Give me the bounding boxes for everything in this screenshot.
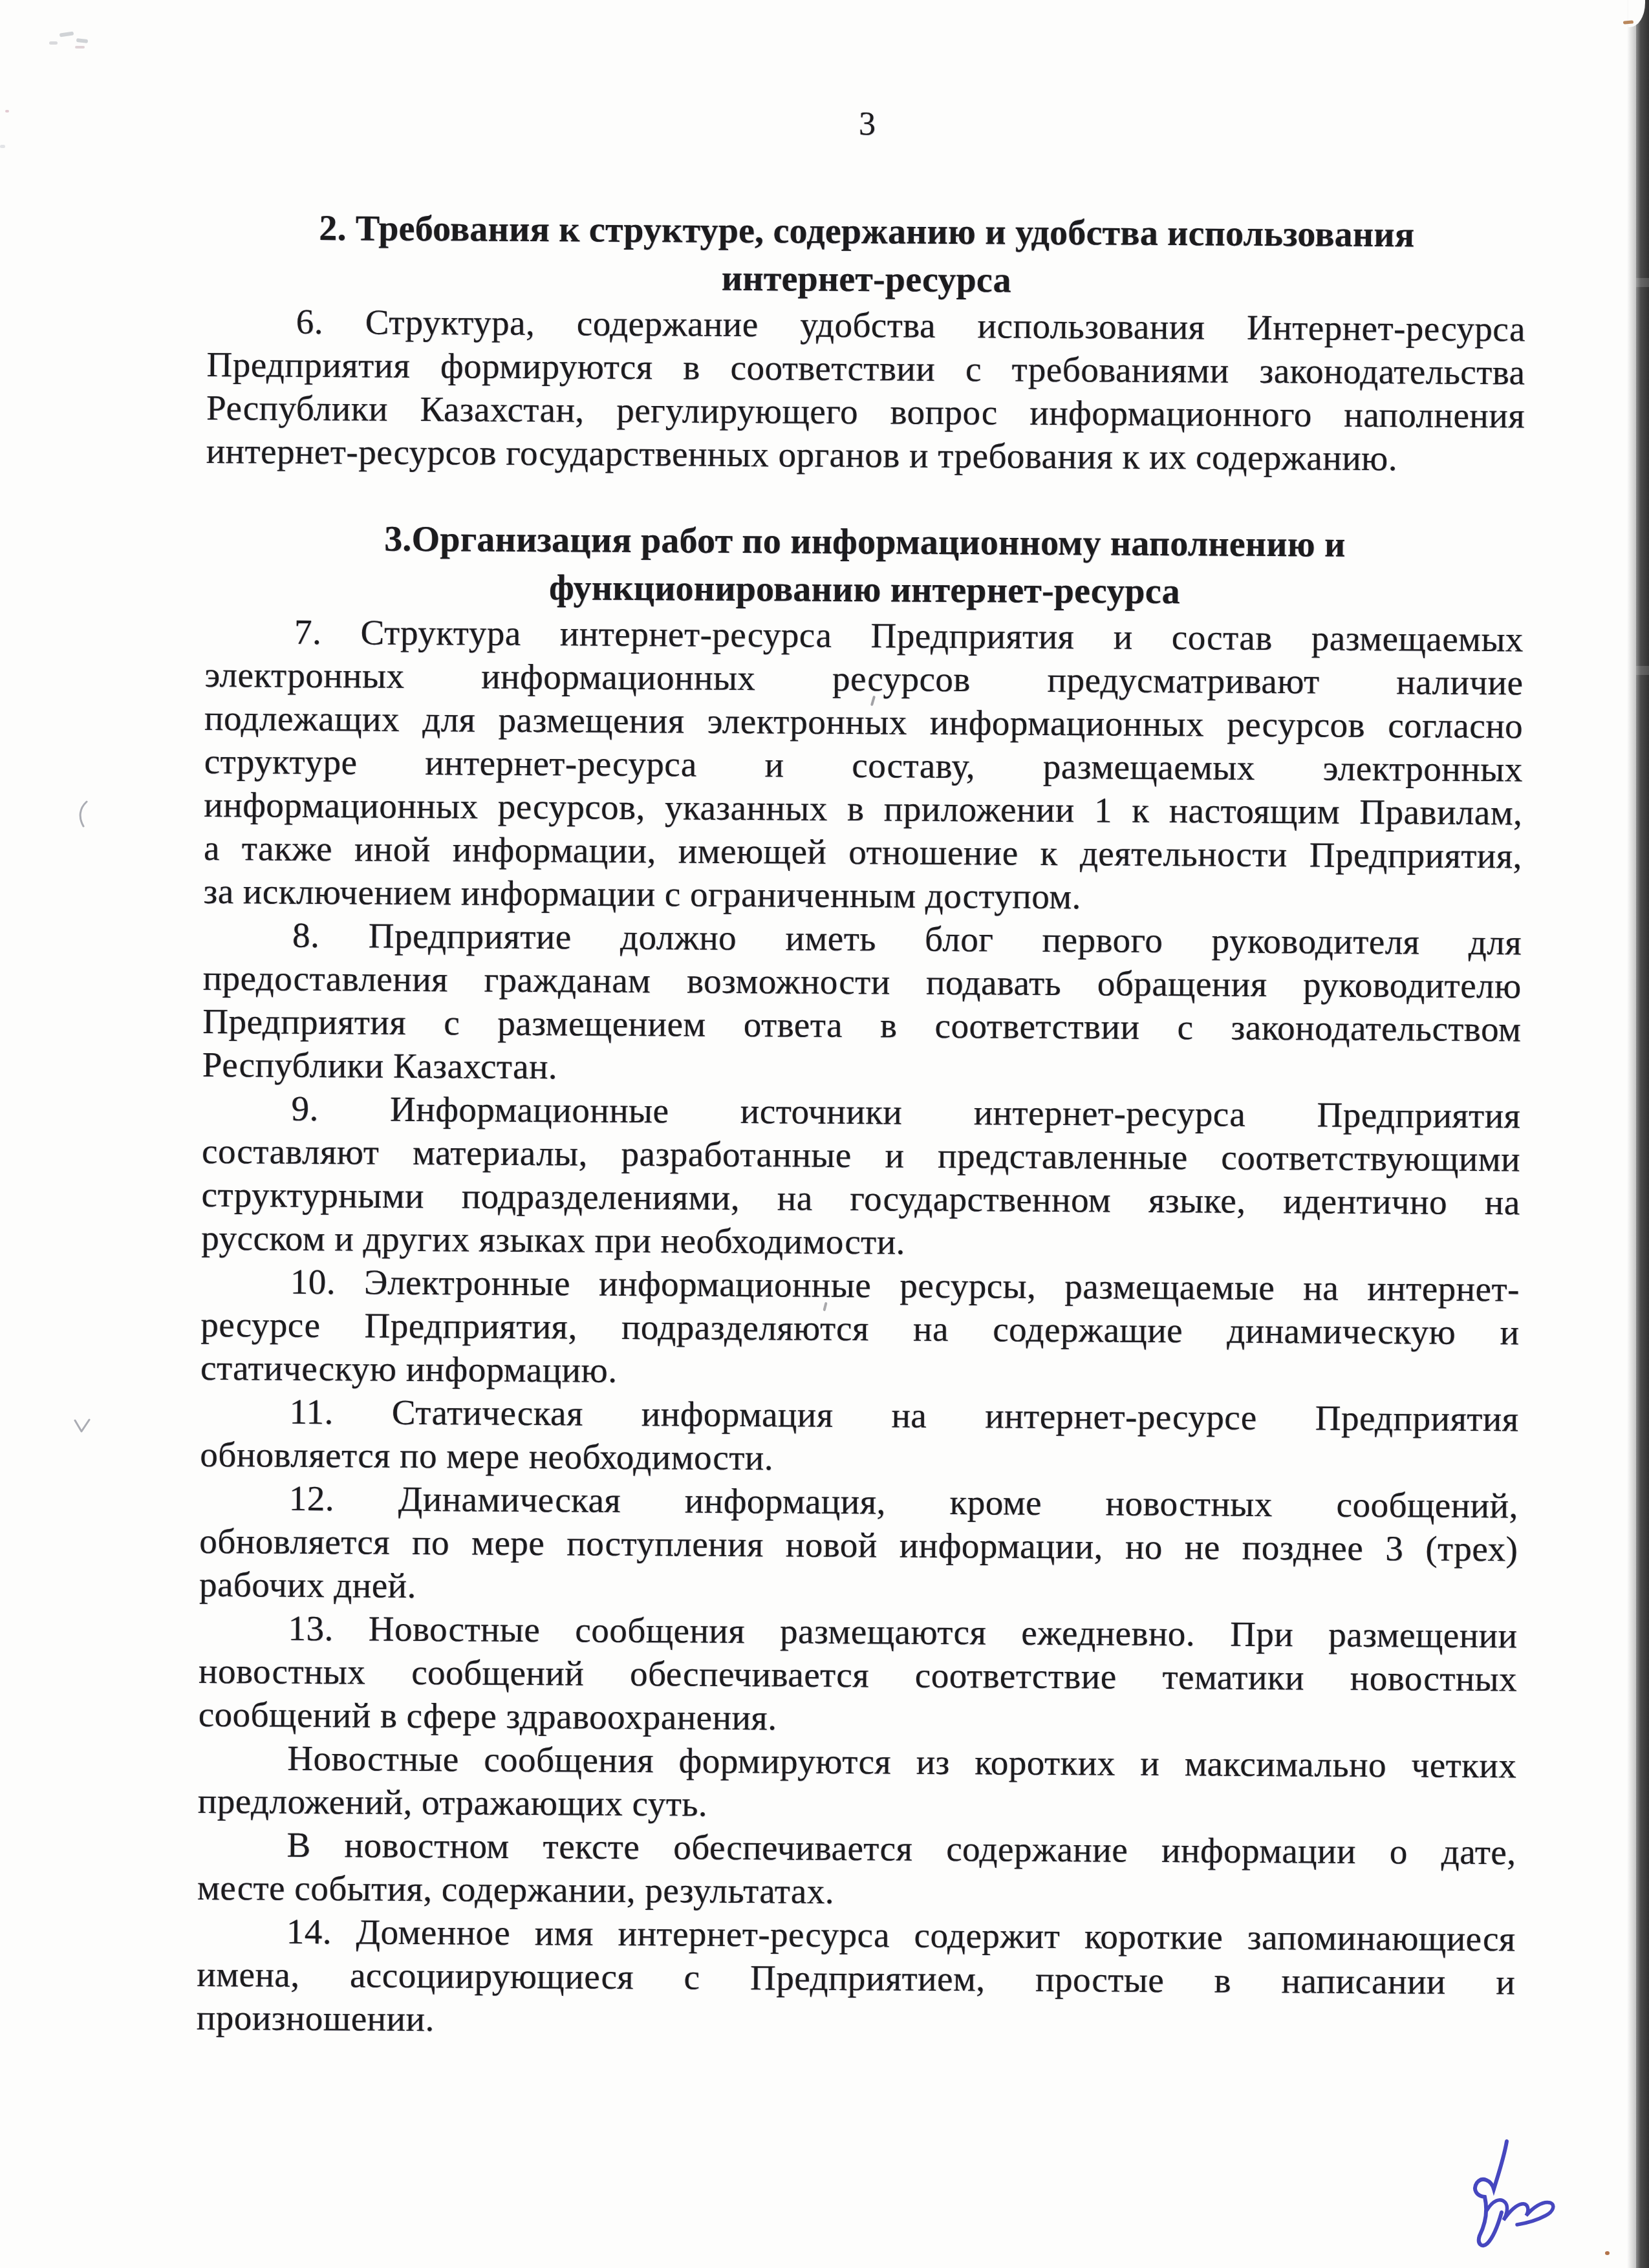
- text-line: электронных информационных ресурсов пред…: [204, 653, 1523, 704]
- text-line: произношении.: [197, 1996, 1515, 2047]
- clause-9-paragraph: 9. Информационные источники интернет-рес…: [201, 1086, 1521, 1267]
- margin-pen-mark: [76, 800, 91, 828]
- text-line: 9. Информационные источники интернет-рес…: [202, 1086, 1520, 1137]
- text-line: 3: [208, 98, 1527, 149]
- text-line: структурными подразделениями, на государ…: [202, 1173, 1520, 1224]
- text-line: обновляется по мере необходимости.: [200, 1433, 1518, 1484]
- clause-6-paragraph: 6. Структура, содержание удобства исполь…: [206, 299, 1526, 480]
- clause-13-news-content-paragraph: В новостном тексте обеспечивается содерж…: [197, 1823, 1516, 1917]
- scan-speck: [59, 31, 74, 37]
- text-line: рабочих дней.: [199, 1563, 1518, 1614]
- page-number: 3: [208, 98, 1527, 149]
- text-line: сообщений в сфере здравоохранения.: [199, 1693, 1517, 1744]
- section-heading-2: 2. Требования к структуре, содержанию и …: [207, 204, 1526, 307]
- text-line: интернет-ресурсов государственных органо…: [206, 429, 1525, 480]
- text-line: интернет-ресурса: [207, 251, 1525, 307]
- text-line: месте события, содержании, результатах.: [197, 1866, 1516, 1917]
- text-line: 2. Требования к структуре, содержанию и …: [208, 204, 1526, 259]
- text-line: 7. Структура интернет-ресурса Предприяти…: [205, 610, 1524, 661]
- scan-speck: [5, 110, 9, 112]
- text-line: за исключением информации с ограниченным…: [203, 870, 1522, 921]
- text-line: 14. Доменное имя интернет-ресурса содерж…: [197, 1909, 1516, 1960]
- clause-11-paragraph: 11. Статическая информация на интернет-р…: [200, 1389, 1519, 1484]
- text-line: обновляется по мере поступления новой ин…: [199, 1519, 1518, 1570]
- text-line: 12. Динамическая информация, кроме новос…: [200, 1476, 1518, 1527]
- text-line: Республики Казахстан, регулирующего вопр…: [206, 386, 1525, 437]
- text-line: 3.Организация работ по информационному н…: [206, 514, 1524, 570]
- text-line: 8. Предприятие должно иметь блог первого…: [203, 913, 1522, 964]
- text-line: предложений, отражающих суть.: [198, 1779, 1516, 1830]
- text-line: а также иной информации, имеющей отношен…: [204, 826, 1522, 877]
- clause-13-paragraph: 13. Новостные сообщения размещаются ежед…: [199, 1606, 1518, 1744]
- document-text: 32. Требования к структуре, содержанию и…: [197, 0, 1527, 2047]
- text-line: ресурсе Предприятия, подразделяются на с…: [200, 1303, 1519, 1354]
- text-line: 10. Электронные информационные ресурсы, …: [201, 1259, 1520, 1311]
- scanner-edge-band: [1636, 0, 1649, 2268]
- text-line: Предприятия с размещением ответа в соотв…: [202, 1000, 1521, 1051]
- section-heading-3: 3.Организация работ по информационному н…: [205, 514, 1524, 617]
- text-line: 13. Новостные сообщения размещаются ежед…: [199, 1606, 1517, 1657]
- signature: [1450, 2132, 1560, 2255]
- clause-10-paragraph: 10. Электронные информационные ресурсы, …: [200, 1259, 1520, 1397]
- text-line: Предприятия формируются в соответствии с…: [206, 343, 1525, 394]
- scanned-document-page: 32. Требования к структуре, содержанию и…: [0, 0, 1649, 2268]
- scan-speck: [76, 38, 89, 43]
- text-line: новостных сообщений обеспечивается соотв…: [199, 1649, 1517, 1700]
- scan-speck: [49, 41, 58, 45]
- clause-7-paragraph: 7. Структура интернет-ресурса Предприяти…: [203, 610, 1524, 921]
- text-line: предоставления гражданам возможности под…: [203, 956, 1522, 1007]
- text-line: 11. Статическая информация на интернет-р…: [200, 1389, 1518, 1440]
- scanner-band-streak: [1636, 278, 1649, 287]
- text-line: В новостном тексте обеспечивается содерж…: [197, 1823, 1516, 1874]
- scan-speck: [75, 46, 85, 48]
- text-line: составляют материалы, разработанные и пр…: [202, 1129, 1520, 1181]
- text-line: имена, ассоциирующиеся с Предприятием, п…: [197, 1952, 1515, 2004]
- scanner-band-streak: [1636, 666, 1649, 675]
- text-line: статическую информацию.: [200, 1346, 1519, 1397]
- text-line: функционированию интернет-ресурса: [205, 562, 1524, 617]
- text-line: Новостные сообщения формируются из корот…: [198, 1736, 1516, 1787]
- page-edge-shadow: [1627, 0, 1636, 2268]
- scan-speck: [0, 145, 5, 148]
- text-line: структуре интернет-ресурса и составу, ра…: [204, 740, 1523, 791]
- clause-12-paragraph: 12. Динамическая информация, кроме новос…: [199, 1476, 1518, 1614]
- clause-13-news-format-paragraph: Новостные сообщения формируются из корот…: [198, 1736, 1517, 1830]
- clause-8-paragraph: 8. Предприятие должно иметь блог первого…: [202, 913, 1522, 1094]
- margin-pen-mark: [74, 1417, 93, 1435]
- text-line: русском и других языках при необходимост…: [201, 1216, 1520, 1267]
- text-line: информационных ресурсов, указанных в при…: [204, 783, 1522, 834]
- scan-speck: [1605, 2251, 1610, 2255]
- text-line: Республики Казахстан.: [202, 1043, 1521, 1094]
- clause-14-paragraph: 14. Доменное имя интернет-ресурса содерж…: [197, 1909, 1516, 2047]
- text-line: подлежащих для размещения электронных ин…: [204, 696, 1523, 747]
- text-line: 6. Структура, содержание удобства исполь…: [207, 299, 1525, 350]
